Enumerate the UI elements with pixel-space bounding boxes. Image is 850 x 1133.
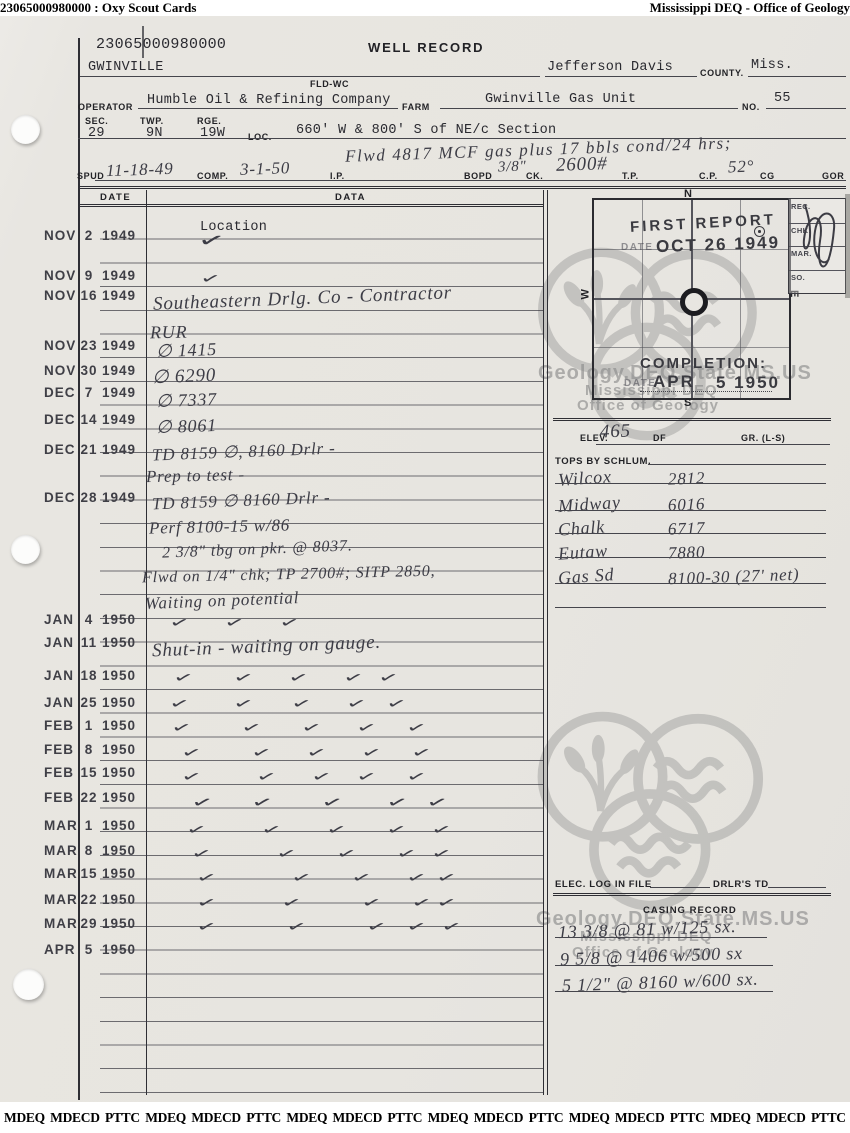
rule <box>766 108 846 109</box>
date-stamp-year: 1950 <box>102 790 136 805</box>
date-stamp-month: DEC <box>44 412 76 427</box>
check-mark: ✓ <box>195 894 218 912</box>
check-mark: ✓ <box>360 894 383 912</box>
date-stamp-year: 1950 <box>102 916 136 931</box>
spud-value: 11-18-49 <box>106 159 174 181</box>
rule <box>80 76 540 77</box>
top-name: Midway <box>557 492 621 517</box>
date-stamp-year: 1950 <box>102 695 136 710</box>
check-mark: ✓ <box>180 744 203 762</box>
stamp-circle-dot-center <box>758 230 761 233</box>
choke-value: 3/8" <box>498 159 527 177</box>
date-stamp-day: 30 <box>78 363 100 378</box>
drlrs-td-label: DRLR'S TD <box>713 879 769 890</box>
date-stamp-day: 2 <box>78 228 100 243</box>
rule <box>138 108 398 109</box>
rule <box>555 557 826 558</box>
check-mark: ✓ <box>377 669 400 687</box>
date-stamp-month: JAN <box>44 612 74 627</box>
check-mark: ✓ <box>240 719 263 737</box>
date-stamp-day: 7 <box>78 385 100 400</box>
date-stamp-day: 22 <box>78 790 100 805</box>
handwritten-entry: ∅ 6290 <box>152 364 217 389</box>
check-mark: ✓ <box>168 614 191 632</box>
date-stamp: NOV91949 <box>44 268 154 284</box>
date-stamp-month: DEC <box>44 385 76 400</box>
compass-north: N <box>684 188 693 200</box>
top-depth: 6016 <box>668 494 706 515</box>
date-stamp-day: 16 <box>78 288 100 303</box>
no-label: NO. <box>742 102 760 112</box>
rule <box>768 887 826 888</box>
check-mark: ✓ <box>425 792 450 813</box>
date-stamp-month: NOV <box>44 338 76 353</box>
check-mark: ✓ <box>385 695 408 713</box>
date-stamp-month: JAN <box>44 695 74 710</box>
footer-token: MDEQ <box>710 1110 751 1126</box>
date-stamp-day: 15 <box>78 765 100 780</box>
date-stamp-month: JAN <box>44 635 74 650</box>
double-rule <box>553 418 831 421</box>
check-mark: ✓ <box>290 695 313 713</box>
date-stamp-year: 1949 <box>102 228 136 243</box>
date-stamp-month: FEB <box>44 790 74 805</box>
date-stamp-day: 28 <box>78 490 100 505</box>
check-mark: ✓ <box>405 869 428 887</box>
top-name: Eutaw <box>557 540 608 564</box>
farm-label: FARM <box>402 102 430 112</box>
date-stamp-day: 23 <box>78 338 100 353</box>
elev-value: 465 <box>600 420 632 443</box>
casing-entry: 5 1/2" @ 8160 w/600 sx. <box>562 969 759 997</box>
check-mark: ✓ <box>196 228 227 253</box>
check-mark: ✓ <box>287 669 310 687</box>
twp-label: TWP. <box>140 116 164 126</box>
top-depth: 8100-30 (27' net) <box>668 565 800 590</box>
date-stamp: MAR11950 <box>44 818 154 834</box>
no-value: 55 <box>774 91 791 106</box>
rule <box>748 76 846 77</box>
rule <box>648 464 826 465</box>
date-stamp: NOV21949 <box>44 228 154 244</box>
check-mark: ✓ <box>335 845 358 863</box>
first-report-date-label: DATE <box>621 242 653 253</box>
footer-token: PTTC <box>105 1110 140 1126</box>
date-stamp: DEC141949 <box>44 412 154 428</box>
check-mark: ✓ <box>275 845 298 863</box>
date-stamp-year: 1949 <box>102 268 136 283</box>
check-mark: ✓ <box>410 744 433 762</box>
check-mark: ✓ <box>435 894 458 912</box>
date-stamp: DEC281949 <box>44 490 154 506</box>
top-name: Gas Sd <box>557 564 615 589</box>
date-stamp-month: FEB <box>44 718 74 733</box>
signature-scribble <box>789 199 845 293</box>
date-stamp-month: DEC <box>44 490 76 505</box>
rule <box>555 510 826 511</box>
date-stamp-day: 29 <box>78 916 100 931</box>
field-name-value: GWINVILLE <box>88 60 164 75</box>
check-mark: ✓ <box>260 821 283 839</box>
date-stamp-month: MAR <box>44 843 78 858</box>
check-mark: ✓ <box>255 768 278 786</box>
footer-token: MDECD <box>333 1110 383 1126</box>
date-stamp-year: 1950 <box>102 866 136 881</box>
date-stamp-month: NOV <box>44 363 76 378</box>
date-stamp: NOV301949 <box>44 363 154 379</box>
rule <box>555 533 826 534</box>
date-stamp-year: 1949 <box>102 363 136 378</box>
footer-token: MDEQ <box>145 1110 186 1126</box>
date-stamp-year: 1950 <box>102 635 136 650</box>
date-stamp: NOV161949 <box>44 288 154 304</box>
date-stamp: FEB151950 <box>44 765 154 781</box>
date-stamp: DEC211949 <box>44 442 154 458</box>
rule <box>555 965 773 966</box>
check-mark: ✓ <box>325 821 348 839</box>
elev-df-label: DF <box>653 433 666 443</box>
footer-token: PTTC <box>529 1110 564 1126</box>
date-stamp: JAN251950 <box>44 695 154 711</box>
date-column-header: DATE <box>100 192 131 203</box>
header-right-title: Mississippi DEQ - Office of Geology <box>650 0 850 16</box>
operator-label: OPERATOR <box>78 102 133 112</box>
scan-edge-shadow <box>845 194 850 298</box>
date-stamp: NOV231949 <box>44 338 154 354</box>
card-number: 23065000980000 <box>96 36 226 53</box>
check-mark: ✓ <box>250 744 273 762</box>
footer-token: MDECD <box>756 1110 806 1126</box>
completion-dotted-line <box>640 391 772 392</box>
county-value: Jefferson Davis <box>547 60 673 75</box>
date-stamp: FEB221950 <box>44 790 154 806</box>
date-stamp-year: 1950 <box>102 612 136 627</box>
date-stamp-day: 8 <box>78 742 100 757</box>
double-rule <box>78 186 846 189</box>
check-mark: ✓ <box>190 845 213 863</box>
date-stamp-month: MAR <box>44 916 78 931</box>
top-depth: 2812 <box>668 468 706 489</box>
handwritten-entry: Perf 8100-15 w/86 <box>149 515 291 538</box>
check-mark: ✓ <box>342 669 365 687</box>
data-column-header: DATA <box>335 192 366 203</box>
double-rule <box>78 204 543 207</box>
hole-punch <box>11 535 40 564</box>
date-stamp-year: 1949 <box>102 288 136 303</box>
well-record-scan: Geology.DEQ.State.MS.US Mississippi DEQ … <box>0 16 850 1102</box>
footer-token: MDEQ <box>428 1110 469 1126</box>
date-stamp-year: 1950 <box>102 668 136 683</box>
date-stamp-month: FEB <box>44 765 74 780</box>
route-slip: REC.CHK.MAR.SO. <box>788 198 846 294</box>
date-stamp-year: 1950 <box>102 892 136 907</box>
comp-value: 3-1-50 <box>240 158 291 180</box>
rule <box>95 180 846 181</box>
check-mark: ✓ <box>190 792 215 813</box>
date-stamp-month: NOV <box>44 268 76 283</box>
date-stamp-month: DEC <box>44 442 76 457</box>
panel-divider <box>543 190 544 1095</box>
date-stamp-month: APR <box>44 942 76 957</box>
hole-punch <box>11 115 40 144</box>
check-mark: ✓ <box>223 614 246 632</box>
check-mark: ✓ <box>250 792 275 813</box>
sec-label: SEC. <box>85 116 108 126</box>
rule <box>650 887 710 888</box>
check-mark: ✓ <box>405 719 428 737</box>
footer-token: MDECD <box>50 1110 100 1126</box>
date-stamp-day: 1 <box>78 818 100 833</box>
completion-stamp: COMPLETION: <box>640 355 767 372</box>
completion-date-day-year: 5 1950 <box>716 373 780 393</box>
footer-token: MDECD <box>191 1110 241 1126</box>
date-stamp-day: 11 <box>78 635 100 650</box>
cp-value: 52° <box>728 157 755 178</box>
date-stamp: MAR221950 <box>44 892 154 908</box>
date-stamp-year: 1949 <box>102 490 136 505</box>
date-stamp-day: 4 <box>78 612 100 627</box>
elev-gr-label: GR. (L-S) <box>741 433 785 443</box>
date-stamp: JAN41950 <box>44 612 154 628</box>
check-mark: ✓ <box>310 768 333 786</box>
footer-token: PTTC <box>670 1110 705 1126</box>
check-mark: ✓ <box>232 669 255 687</box>
ck-value: 2600# <box>556 153 608 177</box>
farm-value: Gwinville Gas Unit <box>485 92 636 107</box>
rge-label: RGE. <box>197 116 221 126</box>
footer-token: MDEQ <box>286 1110 327 1126</box>
check-mark: ✓ <box>405 768 428 786</box>
check-mark: ✓ <box>385 792 410 813</box>
check-mark: ✓ <box>440 918 463 936</box>
top-depth: 6717 <box>668 518 706 539</box>
check-mark: ✓ <box>355 768 378 786</box>
date-stamp-month: NOV <box>44 288 76 303</box>
date-stamp-day: 15 <box>78 866 100 881</box>
check-mark: ✓ <box>185 821 208 839</box>
well-location-symbol <box>680 288 708 316</box>
check-mark: ✓ <box>195 918 218 936</box>
date-stamp-year: 1950 <box>102 818 136 833</box>
date-stamp-month: MAR <box>44 892 78 907</box>
handwritten-entry: Prep to test - <box>146 465 245 487</box>
check-mark: ✓ <box>435 869 458 887</box>
compass-west: W <box>579 289 591 300</box>
date-stamp: APR51950 <box>44 942 154 958</box>
rule <box>555 937 767 938</box>
date-stamp: MAR81950 <box>44 843 154 859</box>
date-stamp-month: FEB <box>44 742 74 757</box>
panel-divider <box>547 190 548 1095</box>
top-name: Chalk <box>557 516 605 540</box>
handwritten-entry: ∅ 7337 <box>156 389 218 412</box>
date-stamp-day: 8 <box>78 843 100 858</box>
date-stamp: JAN111950 <box>44 635 154 651</box>
date-stamp-month: MAR <box>44 818 78 833</box>
date-stamp-year: 1949 <box>102 442 136 457</box>
check-mark: ✓ <box>365 918 388 936</box>
check-mark: ✓ <box>195 869 218 887</box>
check-mark: ✓ <box>305 744 328 762</box>
footer-bar: MDEQMDECDPTTCMDEQMDECDPTTCMDEQMDECDPTTCM… <box>0 1102 850 1133</box>
header-bar: 23065000980000 : Oxy Scout Cards Mississ… <box>0 0 850 16</box>
date-stamp: FEB11950 <box>44 718 154 734</box>
county-label: COUNTY. <box>700 68 744 78</box>
compass-south: S <box>684 397 692 409</box>
date-stamp-year: 1950 <box>102 843 136 858</box>
date-stamp: JAN181950 <box>44 668 154 684</box>
completion-date-label: DATE <box>624 378 656 389</box>
date-stamp-day: 18 <box>78 668 100 683</box>
check-mark: ✓ <box>410 894 433 912</box>
check-mark: ✓ <box>300 719 323 737</box>
check-mark: ✓ <box>360 744 383 762</box>
date-stamp-day: 14 <box>78 412 100 427</box>
tops-label: TOPS BY SCHLUM. <box>555 456 651 467</box>
check-mark: ✓ <box>168 695 191 713</box>
check-mark: ✓ <box>180 768 203 786</box>
date-stamp-month: MAR <box>44 866 78 881</box>
check-mark: ✓ <box>232 695 255 713</box>
state-value: Miss. <box>751 58 793 73</box>
footer-token: MDECD <box>474 1110 524 1126</box>
date-stamp-year: 1949 <box>102 338 136 353</box>
check-mark: ✓ <box>278 614 301 632</box>
check-mark: ✓ <box>345 695 368 713</box>
date-stamp-day: 1 <box>78 718 100 733</box>
casing-record-label: CASING RECORD <box>643 905 737 916</box>
check-mark: ✓ <box>405 918 428 936</box>
date-stamp: DEC71949 <box>44 385 154 401</box>
handwritten-entry: ∅ 1415 <box>156 339 218 362</box>
loc-label: LOC. <box>248 132 272 142</box>
date-stamp-day: 5 <box>78 942 100 957</box>
rule <box>596 444 830 445</box>
check-mark: ✓ <box>385 821 408 839</box>
check-mark: ✓ <box>430 821 453 839</box>
date-stamp-year: 1949 <box>102 412 136 427</box>
check-mark: ✓ <box>430 845 453 863</box>
card-title: WELL RECORD <box>368 40 484 55</box>
handwritten-entry: ∅ 8061 <box>156 415 218 438</box>
operator-value: Humble Oil & Refining Company <box>147 93 391 108</box>
date-stamp-year: 1950 <box>102 742 136 757</box>
date-stamp-day: 22 <box>78 892 100 907</box>
double-rule <box>553 893 831 896</box>
check-mark: ✓ <box>320 792 345 813</box>
footer-token: MDEQ <box>4 1110 45 1126</box>
date-stamp: FEB81950 <box>44 742 154 758</box>
date-stamp-day: 21 <box>78 442 100 457</box>
check-mark: ✓ <box>285 918 308 936</box>
check-mark: ✓ <box>170 719 193 737</box>
completion-date-month: APR <box>653 372 695 392</box>
date-stamp-year: 1950 <box>102 718 136 733</box>
date-stamp-month: NOV <box>44 228 76 243</box>
rule <box>555 991 773 992</box>
rule <box>555 483 826 484</box>
hole-punch <box>13 969 44 1000</box>
check-mark: ✓ <box>280 894 303 912</box>
footer-token: PTTC <box>387 1110 422 1126</box>
plat-gridline <box>594 347 789 348</box>
loc-value: 660' W & 800' S of NE/c Section <box>296 123 556 138</box>
elec-log-label: ELEC. LOG IN FILE <box>555 879 652 890</box>
check-mark: ✓ <box>172 669 195 687</box>
check-mark: ✓ <box>355 719 378 737</box>
field-label: FLD-WC <box>310 79 349 89</box>
date-stamp: MAR291950 <box>44 916 154 932</box>
footer-token: MDECD <box>615 1110 665 1126</box>
date-stamp-day: 25 <box>78 695 100 710</box>
date-stamp: MAR151950 <box>44 866 154 882</box>
rule <box>440 108 738 109</box>
date-stamp-year: 1950 <box>102 765 136 780</box>
header-left-title: 23065000980000 : Oxy Scout Cards <box>0 0 196 16</box>
top-depth: 7880 <box>668 542 706 563</box>
rule <box>555 607 826 608</box>
footer-token: PTTC <box>811 1110 846 1126</box>
date-stamp-day: 9 <box>78 268 100 283</box>
date-stamp-year: 1950 <box>102 942 136 957</box>
rule <box>555 583 826 584</box>
rule <box>545 76 697 77</box>
top-name: Wilcox <box>557 466 612 491</box>
footer-token: MDEQ <box>569 1110 610 1126</box>
check-mark: ✓ <box>395 845 418 863</box>
footer-token: PTTC <box>246 1110 281 1126</box>
check-mark: ✓ <box>290 869 313 887</box>
date-stamp-month: JAN <box>44 668 74 683</box>
card-left-border <box>78 38 80 1100</box>
date-stamp-year: 1949 <box>102 385 136 400</box>
check-mark: ✓ <box>199 270 222 288</box>
check-mark: ✓ <box>350 869 373 887</box>
